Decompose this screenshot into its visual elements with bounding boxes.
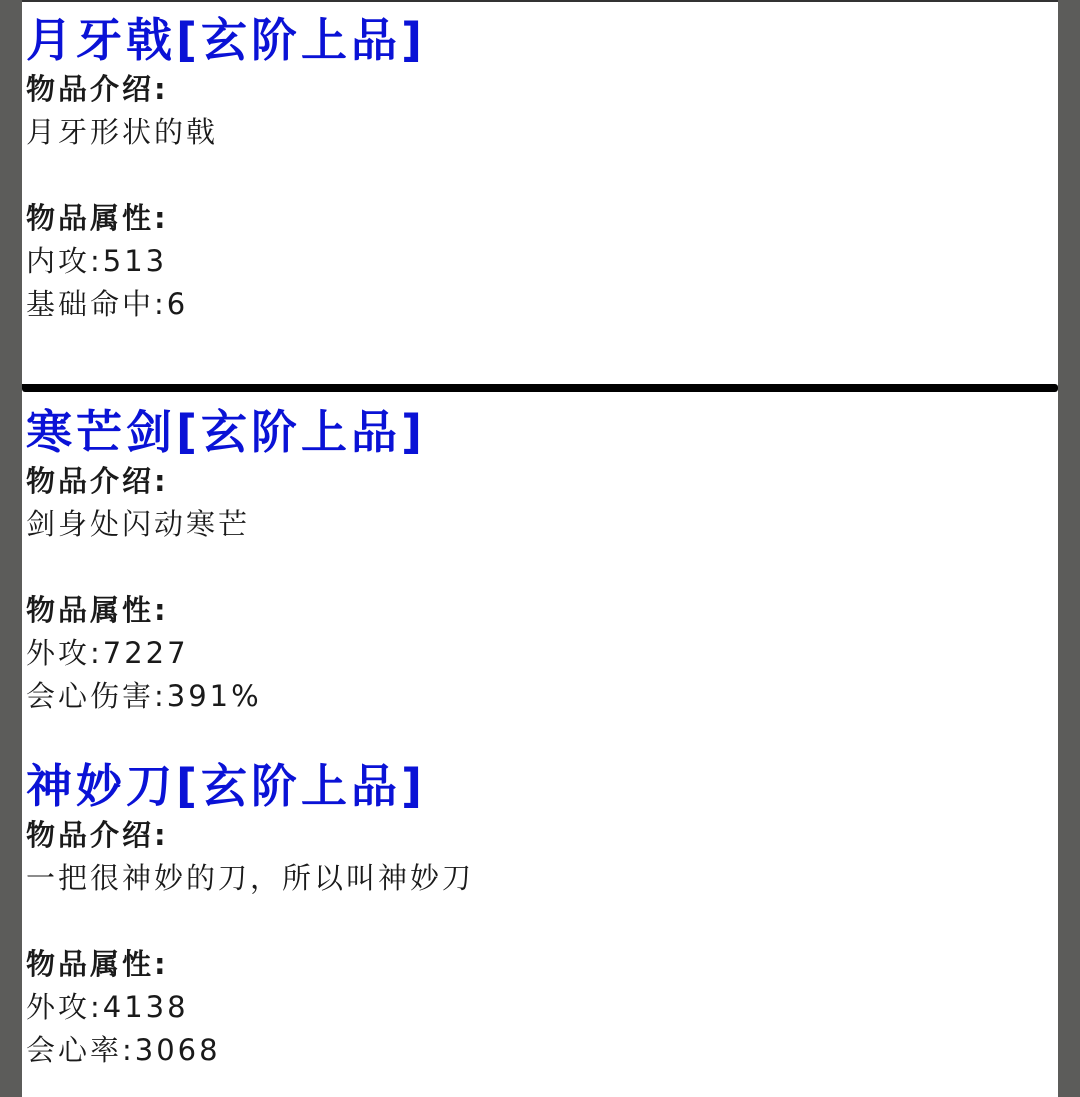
attr-line: 内攻:513 [26, 240, 426, 283]
intro-label: 物品介绍: [26, 814, 474, 857]
attr-line: 基础命中:6 [26, 283, 426, 326]
intro-text: 剑身处闪动寒芒 [26, 503, 426, 546]
attr-line: 外攻:4138 [26, 986, 474, 1029]
attr-label: 物品属性: [26, 589, 426, 632]
intro-label: 物品介绍: [26, 460, 426, 503]
top-border [22, 0, 1058, 2]
intro-text: 一把很神妙的刀，所以叫神妙刀 [26, 857, 474, 900]
attr-label: 物品属性: [26, 197, 426, 240]
intro-label: 物品介绍: [26, 68, 426, 111]
separator [22, 384, 1058, 392]
item-card-cold-sword: 寒芒剑[玄阶上品] 物品介绍: 剑身处闪动寒芒 物品属性: 外攻:7227 会心… [26, 404, 426, 718]
item-title: 月牙戟[玄阶上品] [26, 12, 426, 68]
item-title: 神妙刀[玄阶上品] [26, 758, 474, 814]
item-title: 寒芒剑[玄阶上品] [26, 404, 426, 460]
item-card-divine-blade: 神妙刀[玄阶上品] 物品介绍: 一把很神妙的刀，所以叫神妙刀 物品属性: 外攻:… [26, 758, 474, 1072]
attr-line: 外攻:7227 [26, 632, 426, 675]
attr-label: 物品属性: [26, 943, 474, 986]
attr-line: 会心伤害:391% [26, 675, 426, 718]
item-card-moon-halberd: 月牙戟[玄阶上品] 物品介绍: 月牙形状的戟 物品属性: 内攻:513 基础命中… [26, 12, 426, 326]
intro-text: 月牙形状的戟 [26, 111, 426, 154]
attr-line: 会心率:3068 [26, 1029, 474, 1072]
